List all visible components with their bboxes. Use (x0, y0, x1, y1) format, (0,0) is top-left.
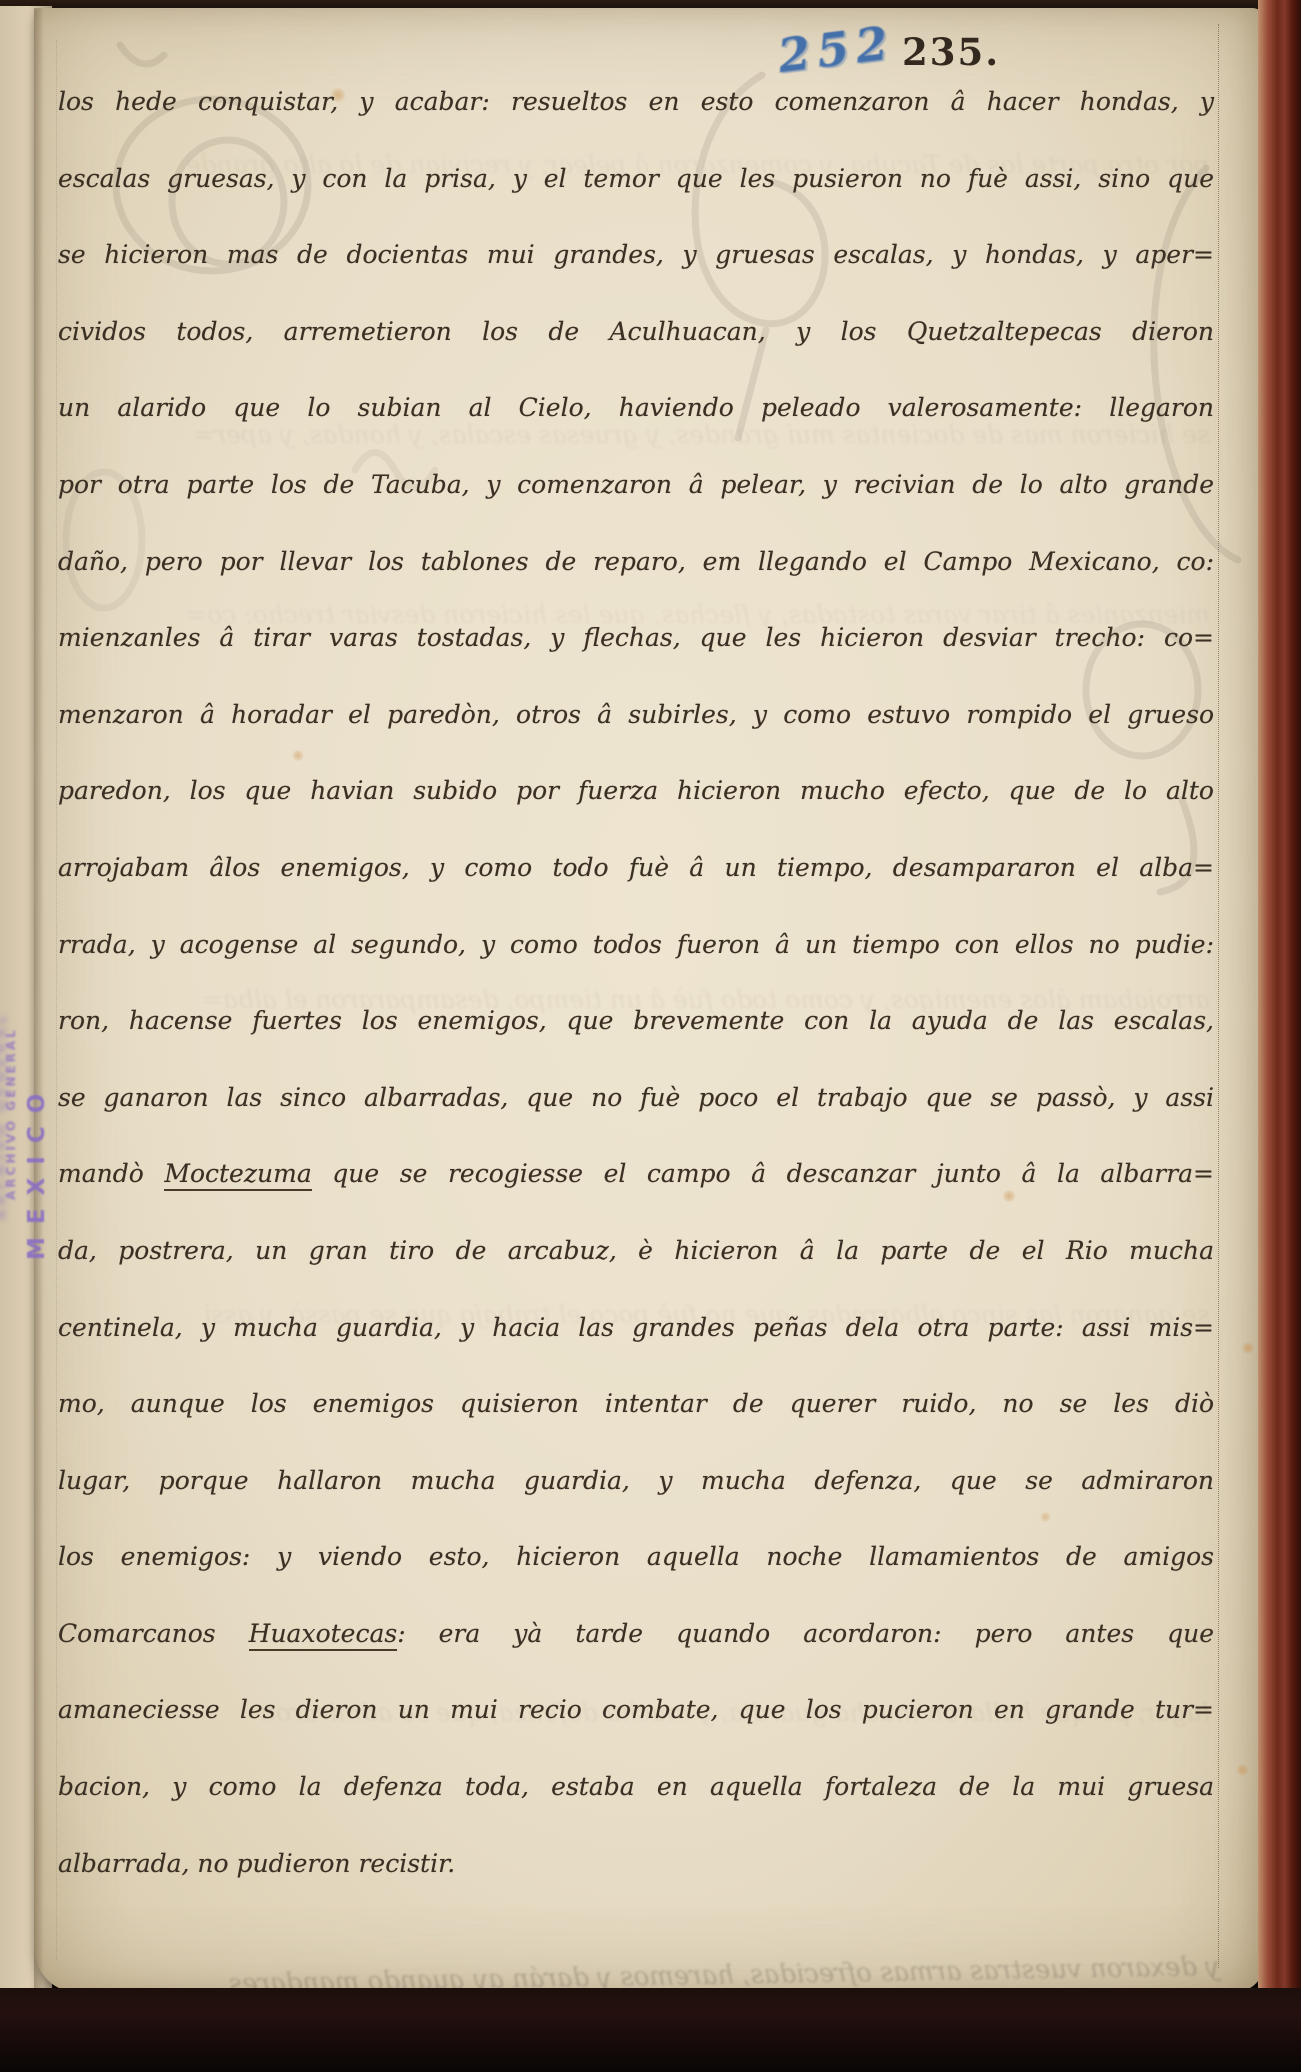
manuscript-line: ron, hacense fuertes los enemigos, que b… (58, 983, 1214, 1060)
manuscript-line: centinela, y mucha guardia, y hacia las … (58, 1290, 1214, 1367)
archive-stamp-line: ARCHIVO GENERAL (4, 640, 18, 1200)
book-fore-edge (1258, 0, 1301, 1992)
manuscript-line: escalas gruesas, y con la prisa, y el te… (58, 141, 1214, 218)
manuscript-line: lugar, porque hallaron mucha guardia, y … (58, 1443, 1214, 1520)
manuscript-line: da, postrera, un gran tiro de arcabuz, è… (58, 1213, 1214, 1290)
manuscript-text-block: los hede conquistar, y acabar: resueltos… (58, 64, 1214, 1902)
manuscript-line: menzaron â horadar el paredòn, otros â s… (58, 677, 1214, 754)
manuscript-line: mo, aunque los enemigos quisieron intent… (58, 1366, 1214, 1443)
manuscript-line: un alarido que lo subian al Cielo, havie… (58, 370, 1214, 447)
manuscript-line: por otra parte los de Tacuba, y comenzar… (58, 447, 1214, 524)
right-margin-rule (1218, 24, 1219, 1968)
manuscript-line: los enemigos: y viendo esto, hicieron aq… (58, 1519, 1214, 1596)
manuscript-line: albarrada, no pudieron recistir. (58, 1826, 1214, 1903)
archive-stamp-mexico: MEXICO (24, 700, 50, 1260)
bottom-binding (0, 1988, 1301, 2072)
manuscript-line: Comarcanos Huaxotecas: era yà tarde quan… (58, 1596, 1214, 1673)
manuscript-line: mandò Moctezuma que se recogiesse el cam… (58, 1136, 1214, 1213)
manuscript-line: rrada, y acogense al segundo, y como tod… (58, 907, 1214, 984)
manuscript-line: amaneciesse les dieron un mui recio comb… (58, 1672, 1214, 1749)
manuscript-line: paredon, los que havian subido por fuerz… (58, 753, 1214, 830)
manuscript-line: daño, pero por llevar los tablones de re… (58, 524, 1214, 601)
manuscript-line: se hicieron mas de docientas mui grandes… (58, 217, 1214, 294)
manuscript-line: bacion, y como la defenza toda, estaba e… (58, 1749, 1214, 1826)
manuscript-line: los hede conquistar, y acabar: resueltos… (58, 64, 1214, 141)
manuscript-line: arrojabam âlos enemigos, y como todo fuè… (58, 830, 1214, 907)
manuscript-line: se ganaron las sinco albarradas, que no … (58, 1060, 1214, 1137)
manuscript-line: mienzanles â tirar varas tostadas, y fle… (58, 600, 1214, 677)
foxing-spot (1236, 1764, 1249, 1776)
left-margin-rule (56, 40, 57, 1960)
foxing-spot (1242, 1342, 1254, 1354)
manuscript-line: cividos todos, arremetieron los de Aculh… (58, 294, 1214, 371)
